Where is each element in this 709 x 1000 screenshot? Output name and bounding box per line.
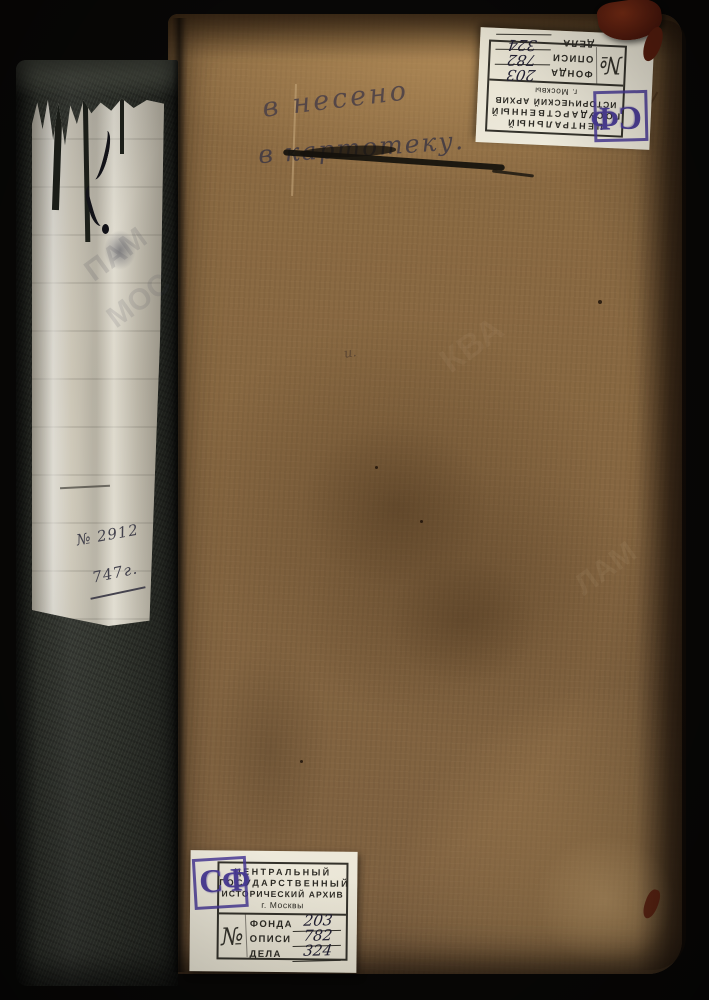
archive-label-bottom: ЦЕНТРАЛЬНЫЙ ГОСУДАРСТВЕННЫЙ ИСТОРИЧЕСКИЙ… bbox=[189, 850, 357, 973]
pencil-mark: и. bbox=[343, 345, 358, 362]
cover-fleck bbox=[300, 760, 303, 763]
sf-ink-stamp: СФ bbox=[593, 90, 648, 142]
spine-underline bbox=[90, 586, 145, 600]
ink-smudge bbox=[104, 230, 136, 270]
row-value-handwritten: 324 bbox=[494, 34, 552, 52]
row-label: ДЕЛА bbox=[249, 948, 293, 961]
cover-fleck bbox=[598, 300, 602, 304]
row-label: ФОНДА bbox=[250, 918, 294, 931]
sf-ink-stamp: СФ bbox=[192, 856, 249, 910]
row-value-handwritten: 324 bbox=[292, 943, 342, 962]
cover-fleck bbox=[420, 520, 423, 523]
label-no-symbol: № bbox=[596, 47, 624, 84]
cover-right-shadow bbox=[636, 20, 686, 970]
strip-tear bbox=[83, 92, 91, 242]
label-rowlist: ФОНДА 203 ОПИСИ 782 ДЕЛА 324 bbox=[247, 915, 346, 959]
label-row-delo: ДЕЛА 324 bbox=[249, 946, 341, 962]
label-no-symbol: № bbox=[218, 914, 248, 958]
cover-fleck bbox=[375, 466, 378, 469]
label-rowlist: ФОНДА 203 ОПИСИ 782 ДЕЛА 324 bbox=[489, 42, 597, 84]
book-cover-board bbox=[168, 14, 682, 974]
sf-stamp-text: СФ bbox=[591, 98, 642, 136]
spine-paper-strip: № 2912 747г. bbox=[32, 92, 164, 626]
spine-handwritten-year: 747г. bbox=[91, 559, 140, 586]
row-label: ФОНДА bbox=[548, 65, 593, 80]
spine-hinge-shadow bbox=[172, 18, 188, 972]
paper-crack bbox=[60, 485, 110, 490]
label-row-delo: ДЕЛА 324 bbox=[495, 33, 595, 52]
row-label: ОПИСИ bbox=[549, 50, 594, 65]
sf-stamp-text: СФ bbox=[198, 862, 250, 902]
archive-label-top: ЦЕНТРАЛЬНЫЙ ГОСУДАРСТВЕННЫЙ ИСТОРИЧЕСКИЙ… bbox=[475, 27, 654, 150]
row-label: ОПИСИ bbox=[250, 933, 294, 946]
ink-stroke bbox=[88, 129, 114, 181]
spine-handwritten-number: № 2912 bbox=[75, 521, 140, 550]
row-label: ДЕЛА bbox=[550, 35, 595, 50]
label-rows: № ФОНДА 203 ОПИСИ 782 ДЕЛА 324 bbox=[219, 912, 346, 958]
strip-tear bbox=[120, 92, 124, 154]
label-rows: № ФОНДА 203 ОПИСИ 782 ДЕЛА 324 bbox=[489, 42, 625, 87]
archive-book-cover-photo: № 2912 747г. в несено в картотеку. и. ЦЕ… bbox=[0, 0, 709, 1000]
